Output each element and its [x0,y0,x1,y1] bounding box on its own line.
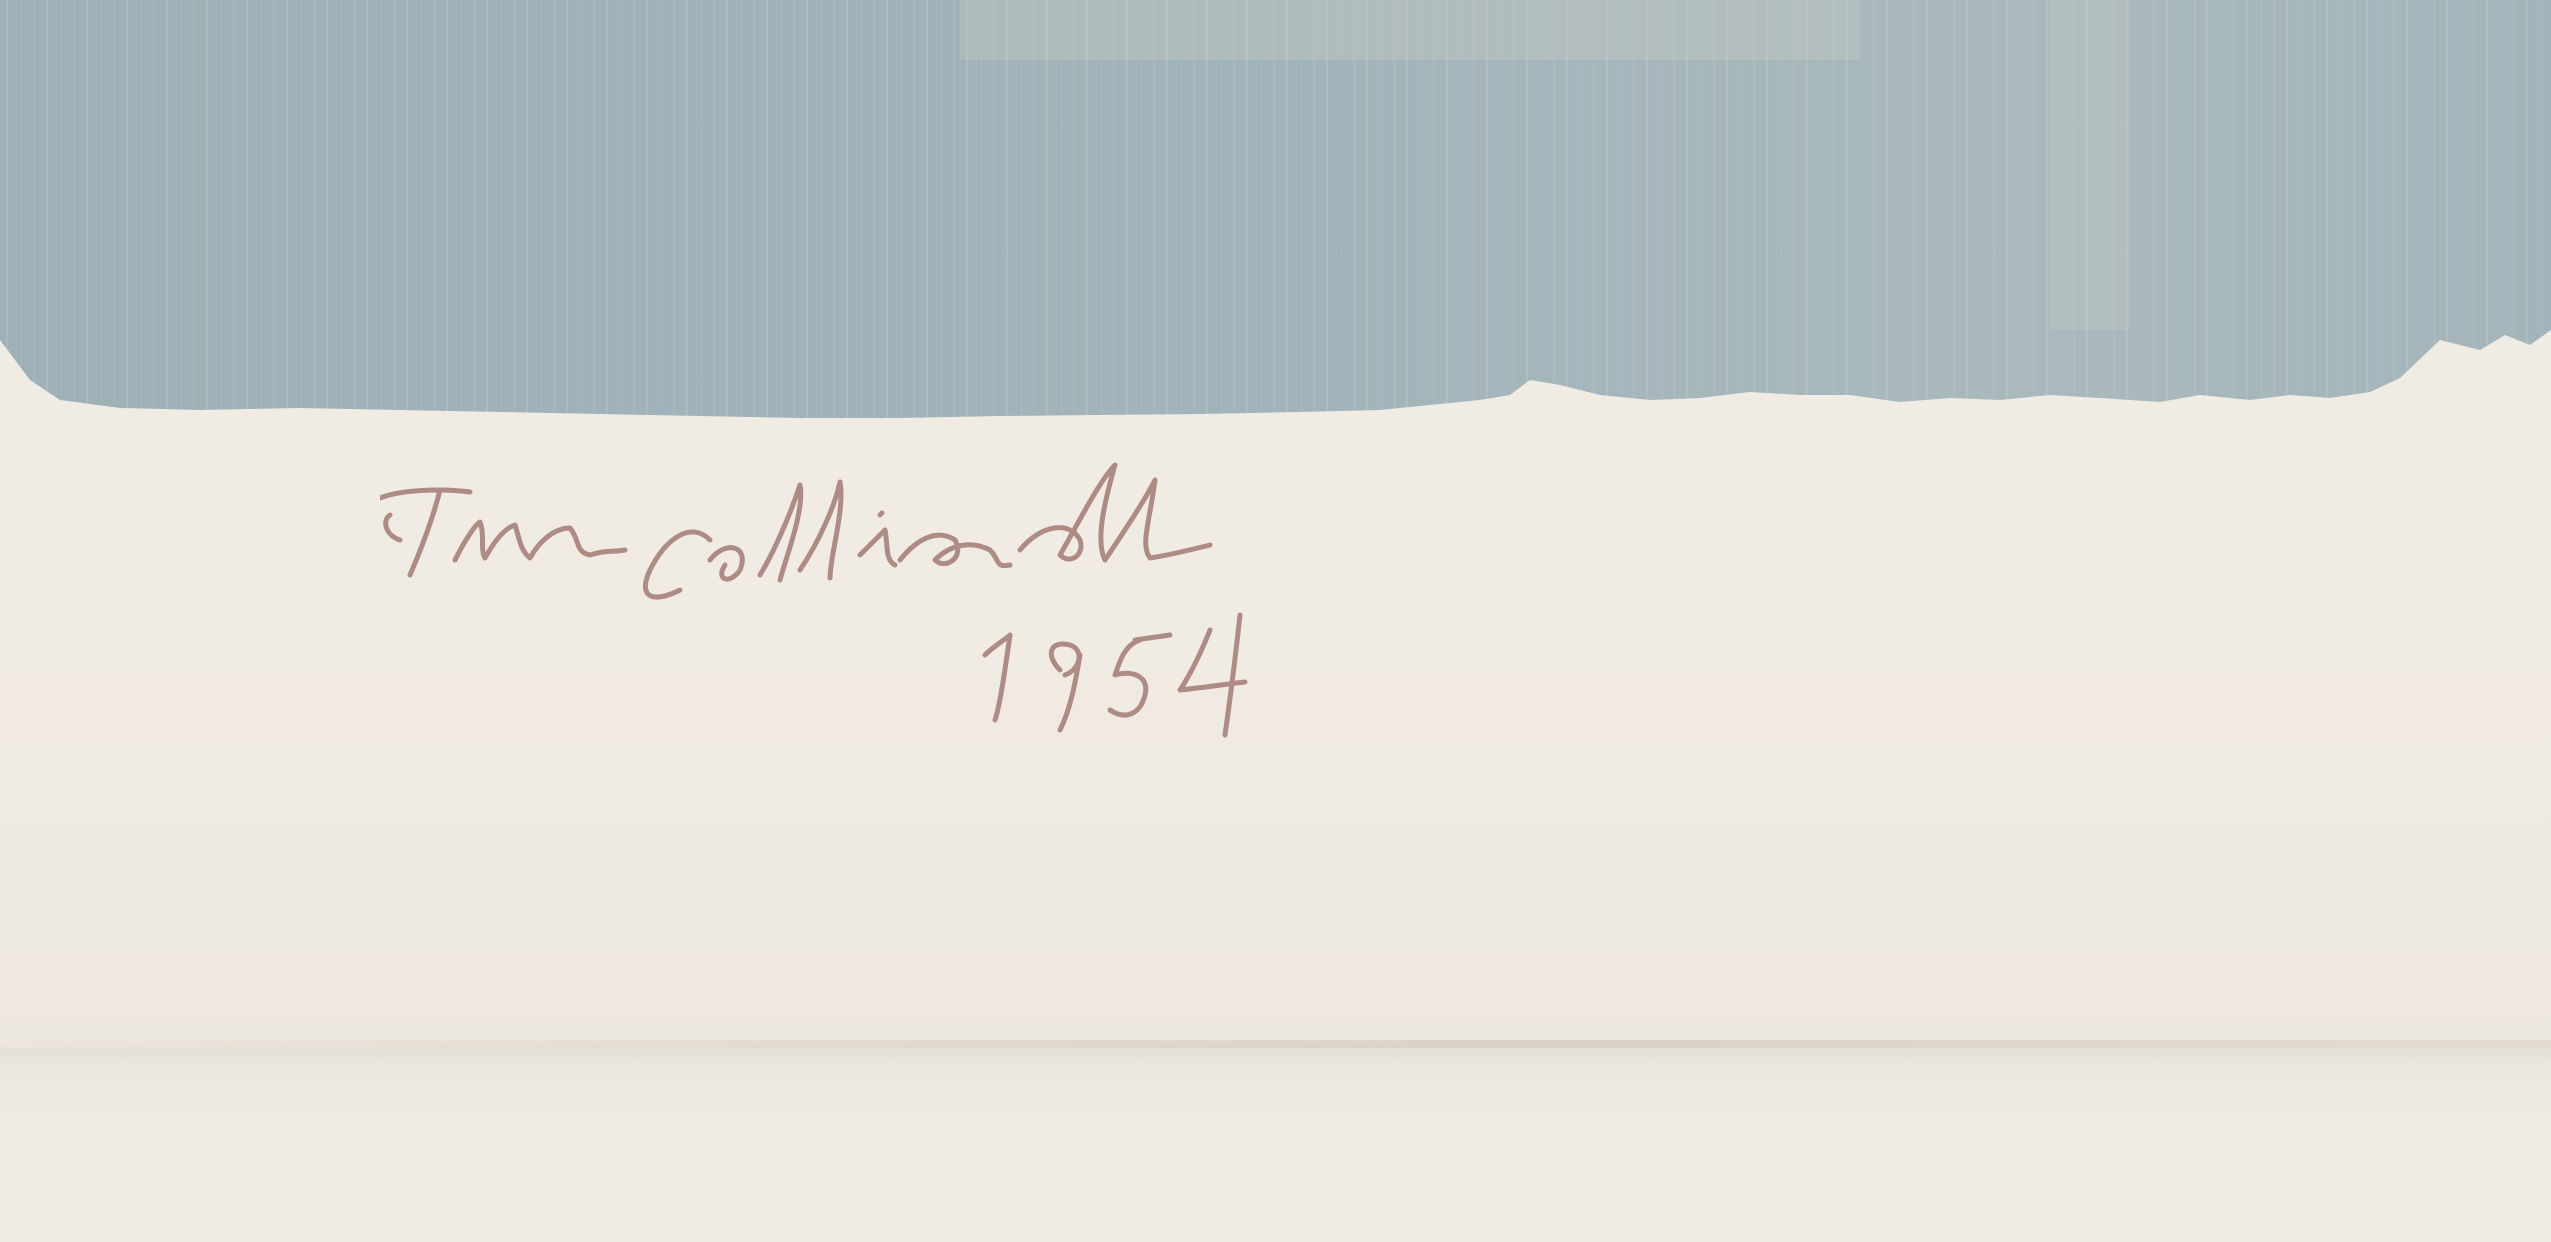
signature-stroke-oll [710,482,841,580]
signature-stroke-9 [1051,644,1080,730]
signature-stroke-der [1020,465,1210,560]
signature-stroke-iand [860,513,1010,566]
signature-stroke-C [645,532,710,597]
signature-stroke-5 [1110,635,1170,715]
artist-signature: Ina Colliander 1954 [380,440,2180,800]
signature-stroke-4 [1180,615,1245,735]
signature-stroke-I [380,490,470,575]
signature-stroke-1 [985,635,1010,720]
blue-print-area [0,0,2551,430]
frame-mat [0,1048,2551,1242]
signature-stroke-na [455,522,625,560]
